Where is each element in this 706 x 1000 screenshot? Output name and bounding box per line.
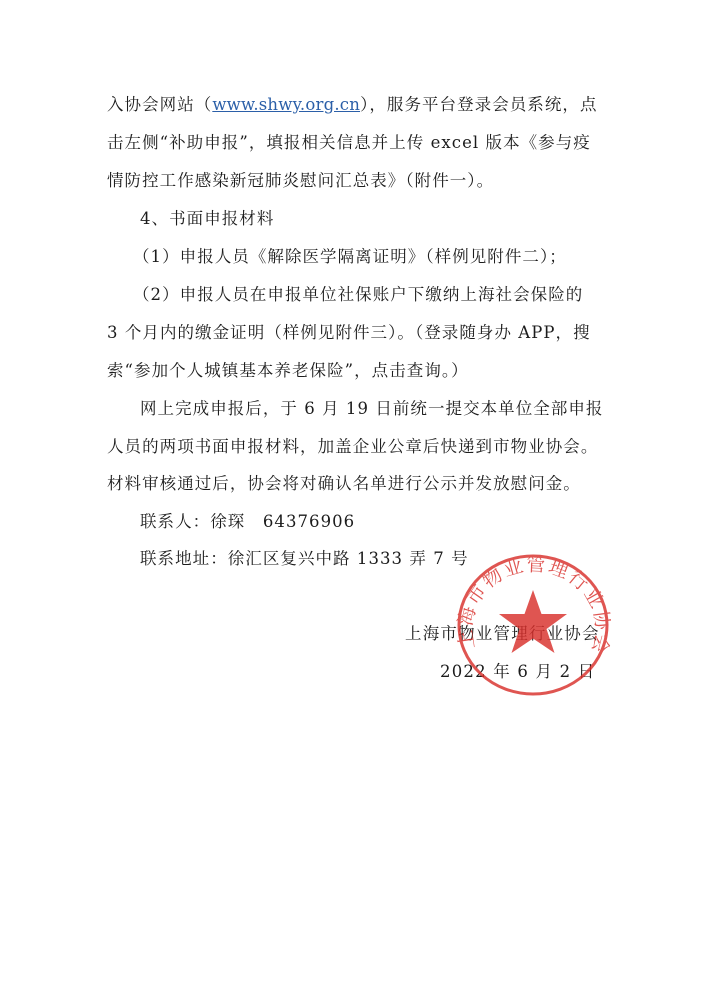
list-item-continuation: 索“参加个人城镇基本养老保险”，点击查询。） [107, 360, 602, 382]
signature-organization: 上海市物业管理行业协会 [405, 623, 600, 645]
paragraph-line: 入协会网站（www.shwy.org.cn），服务平台登录会员系统，点 [107, 94, 602, 116]
text-segment: ），服务平台登录会员系统，点 [360, 95, 597, 114]
paragraph-line: 击左侧“补助申报”，填报相关信息并上传 excel 版本《参与疫 [107, 132, 602, 154]
paragraph-line: 情防控工作感染新冠肺炎慰问汇总表》（附件一）。 [107, 170, 602, 192]
list-item-continuation: 3 个月内的缴金证明（样例见附件三）。（登录随身办 APP，搜 [107, 322, 602, 344]
contact-address: 联系地址：徐汇区复兴中路 1333 弄 7 号 [140, 548, 635, 570]
list-item: （2）申报人员在申报单位社保账户下缴纳上海社会保险的 [133, 284, 628, 306]
contact-person: 联系人：徐琛 64376906 [140, 511, 635, 533]
text-segment: 入协会网站（ [107, 95, 212, 114]
section-heading: 4、书面申报材料 [140, 208, 635, 230]
list-item: （1）申报人员《解除医学隔离证明》（样例见附件二）； [133, 246, 628, 268]
website-link[interactable]: www.shwy.org.cn [212, 95, 360, 114]
document-page: 入协会网站（www.shwy.org.cn），服务平台登录会员系统，点 击左侧“… [0, 0, 706, 1000]
paragraph-line: 人员的两项书面申报材料，加盖企业公章后快递到市物业协会。 [107, 436, 602, 458]
paragraph-line: 材料审核通过后，协会将对确认名单进行公示并发放慰问金。 [107, 473, 602, 495]
signature-date: 2022 年 6 月 2 日 [440, 661, 596, 683]
paragraph-line: 网上完成申报后，于 6 月 19 日前统一提交本单位全部申报 [140, 398, 635, 420]
